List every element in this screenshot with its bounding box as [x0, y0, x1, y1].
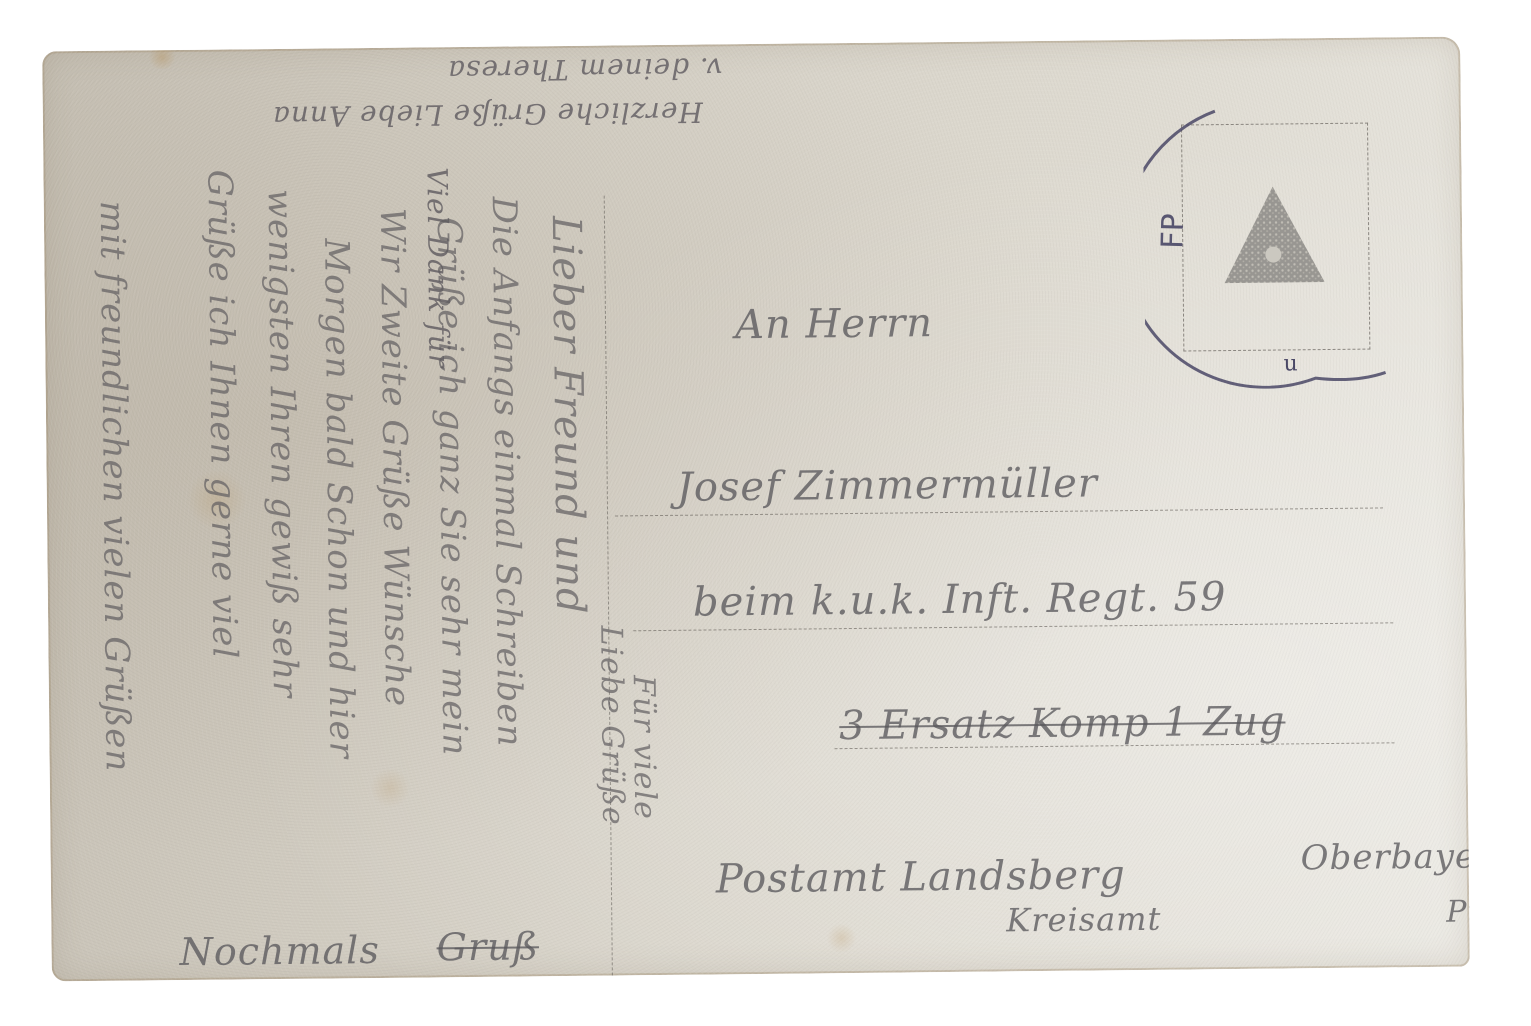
photo-stage: FP u Herzliche Grüße Liebe Anna v. deine…: [0, 0, 1531, 1026]
signature: Nochmals: [179, 928, 380, 974]
postmark-mark: u: [1283, 351, 1297, 376]
stain: [826, 923, 856, 953]
message-column: wenigsten Ihren gewiß sehr: [260, 189, 305, 699]
address-line-4-note: Kreisamt: [1006, 900, 1161, 940]
postmark-text: FP: [1155, 213, 1191, 250]
divider-line: [604, 196, 614, 982]
address-salutation: An Herrn: [735, 300, 933, 348]
postcard: FP u Herzliche Grüße Liebe Anna v. deine…: [42, 37, 1470, 982]
address-line-4-end: Oberbayern: [1300, 836, 1469, 878]
divider-note: Liebe Grüße: [593, 625, 630, 826]
address-line-1: Josef Zimmermüller: [677, 460, 1099, 510]
message-column: mit freundlichen vielen Grüßen: [92, 201, 138, 773]
message-column: Die Anfangs einmal Schreiben: [484, 196, 530, 747]
signature-struck: Gruß: [436, 924, 539, 969]
top-greeting-line: Herzliche Grüße Liebe Anna: [272, 96, 703, 134]
address-line-2: beim k.u.k. Inft. Regt. 59: [693, 574, 1227, 626]
divider-note: Für viele: [626, 675, 663, 820]
message-column: Grüße ich Ihnen gerne viel: [199, 169, 244, 659]
message-column: Lieber Freund und: [543, 216, 593, 615]
stain: [370, 768, 410, 808]
message-column: Wir Zweite Grüße Wünsche: [372, 208, 417, 708]
address-corner-mark: Pt.: [1446, 894, 1470, 929]
address-line-4: Postamt Landsberg: [716, 852, 1126, 902]
stain: [147, 45, 177, 69]
postmark-stamp: FP u: [1143, 97, 1406, 390]
message-column: Morgen bald Schon und hier: [316, 238, 361, 759]
top-greeting-line: v. deinem Theresa: [447, 51, 722, 87]
address-line-3: 3 Ersatz Komp 1 Zug: [839, 698, 1286, 749]
message-column: Grüße ich ganz Sie sehr mein: [429, 217, 475, 756]
